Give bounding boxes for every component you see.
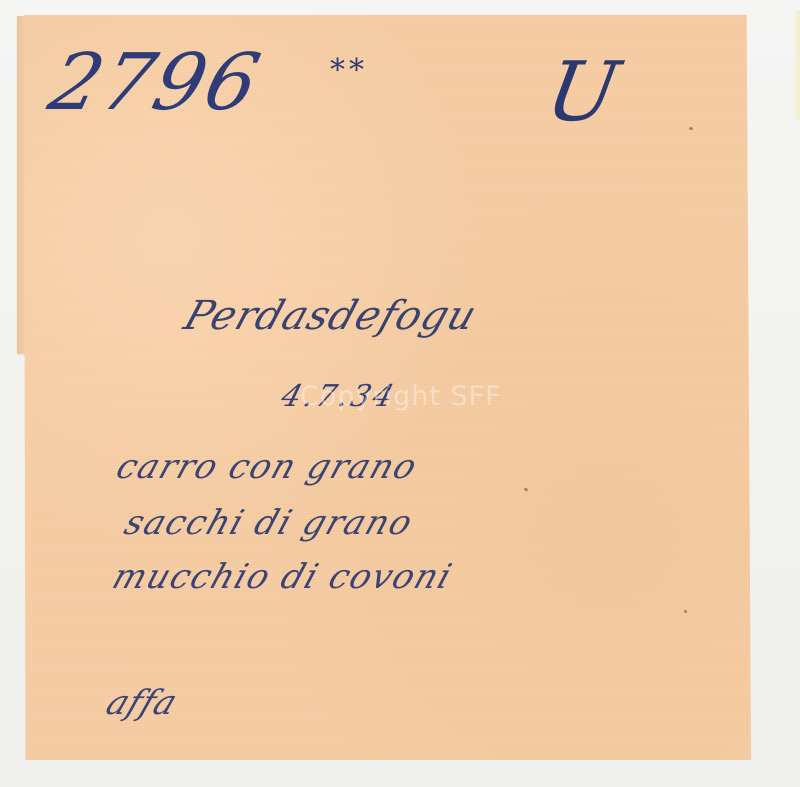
paper-speck [524, 487, 529, 492]
star-marks: ** [330, 56, 368, 86]
copyright-watermark: Copyright SFF [300, 383, 502, 410]
adjacent-sheet-edge [793, 10, 800, 120]
description-line: carro con grano [112, 450, 422, 484]
paper-speck [689, 127, 693, 130]
author-initials: affa [102, 686, 182, 720]
paper-speck [684, 610, 687, 613]
scan-background: 2796 ** U Perdasdefogu 4.7.34 Copyright … [0, 0, 800, 787]
series-letter: U [541, 52, 625, 134]
place-name: Perdasdefogu [180, 296, 482, 336]
catalog-number: 2796 [42, 44, 268, 122]
description-line: sacchi di grano [120, 506, 417, 540]
description-line: mucchio di covoni [108, 560, 456, 594]
